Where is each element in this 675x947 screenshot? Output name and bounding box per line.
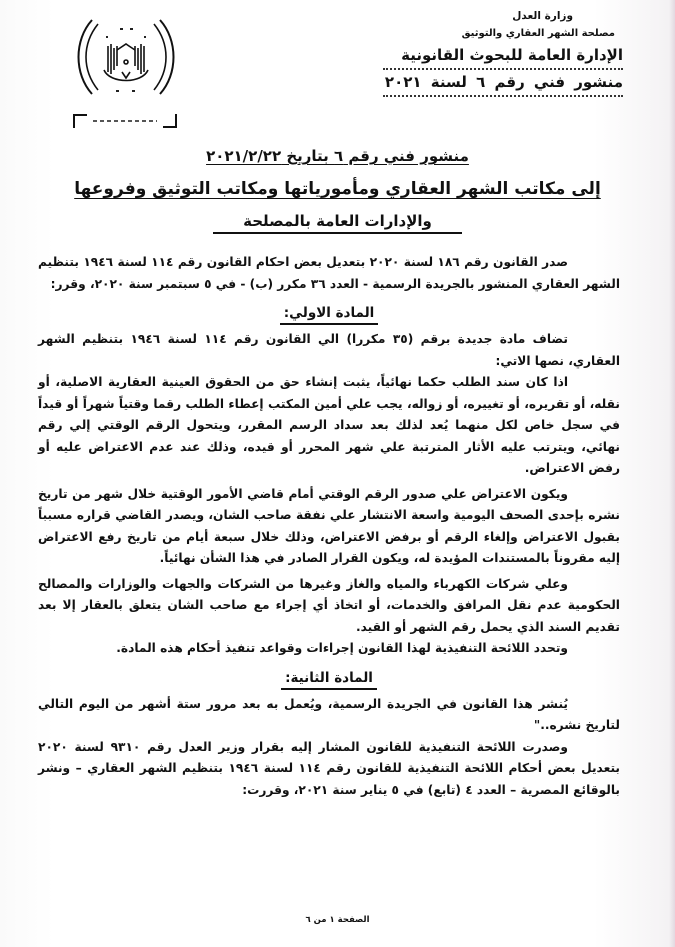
addressee-line-2: والإدارات العامة بالمصلحة xyxy=(0,209,675,233)
article-1-paragraph-4: وعلي شركات الكهرباء والمياه والغاز وغيره… xyxy=(38,574,620,639)
article-1-paragraph-2: اذا كان سند الطلب حكما نهائياً، يثبت إنش… xyxy=(38,372,620,480)
logo-caption-text xyxy=(93,120,157,122)
document-body: صدر القانون رقم ١٨٦ لسنة ٢٠٢٠ بتعديل بعض… xyxy=(38,252,620,801)
logo-caption-box xyxy=(73,114,177,128)
article-1-paragraph-5: وتحدد اللائحة التنفيذية لهذا القانون إجر… xyxy=(38,638,620,660)
closing-paragraph: وصدرت اللائحة التنفيذية للقانون المشار إ… xyxy=(38,737,620,802)
ministry-name: وزارة العدل xyxy=(383,8,573,25)
article-1-paragraph-3: ويكون الاعتراض علي صدور الرقم الوقتي أما… xyxy=(38,484,620,570)
document-page: وزارة العدل مصلحة الشهر العقاري والتوثيق… xyxy=(0,0,675,947)
circular-title: منشور فني رقم ٦ بتاريخ ٢٠٢١/٢/٢٢ xyxy=(0,145,675,167)
page-edge-shadow xyxy=(669,0,675,947)
page-indicator: الصفحة ١ من ٦ xyxy=(0,915,675,925)
ministry-emblem-icon xyxy=(70,14,182,100)
document-titles: منشور فني رقم ٦ بتاريخ ٢٠٢١/٢/٢٢ إلى مكا… xyxy=(0,145,675,233)
circular-reference: منشور فني رقم ٦ لسنة ٢٠٢١ xyxy=(383,70,623,97)
intro-paragraph: صدر القانون رقم ١٨٦ لسنة ٢٠٢٠ بتعديل بعض… xyxy=(38,252,620,295)
department-name: الإدارة العامة للبحوث القانونية xyxy=(383,43,623,70)
authority-name: مصلحة الشهر العقاري والتوثيق xyxy=(383,25,615,43)
article-2-paragraph-1: يُنشر هذا القانون في الجريدة الرسمية، وي… xyxy=(38,694,620,737)
article-2-heading-text: المادة الثانية: xyxy=(281,670,377,690)
article-1-heading-text: المادة الاولي: xyxy=(280,305,379,325)
addressee-line-1: إلى مكاتب الشهر العقاري ومأمورياتها ومكا… xyxy=(0,175,675,203)
letterhead: وزارة العدل مصلحة الشهر العقاري والتوثيق… xyxy=(383,8,623,97)
addressee-line-2-text: والإدارات العامة بالمصلحة xyxy=(213,212,462,234)
article-1-paragraph-1: تضاف مادة جديدة برقم (٣٥ مكررا) الي القا… xyxy=(38,329,620,372)
article-1-heading: المادة الاولي: xyxy=(38,301,620,325)
article-2-heading: المادة الثانية: xyxy=(38,666,620,690)
